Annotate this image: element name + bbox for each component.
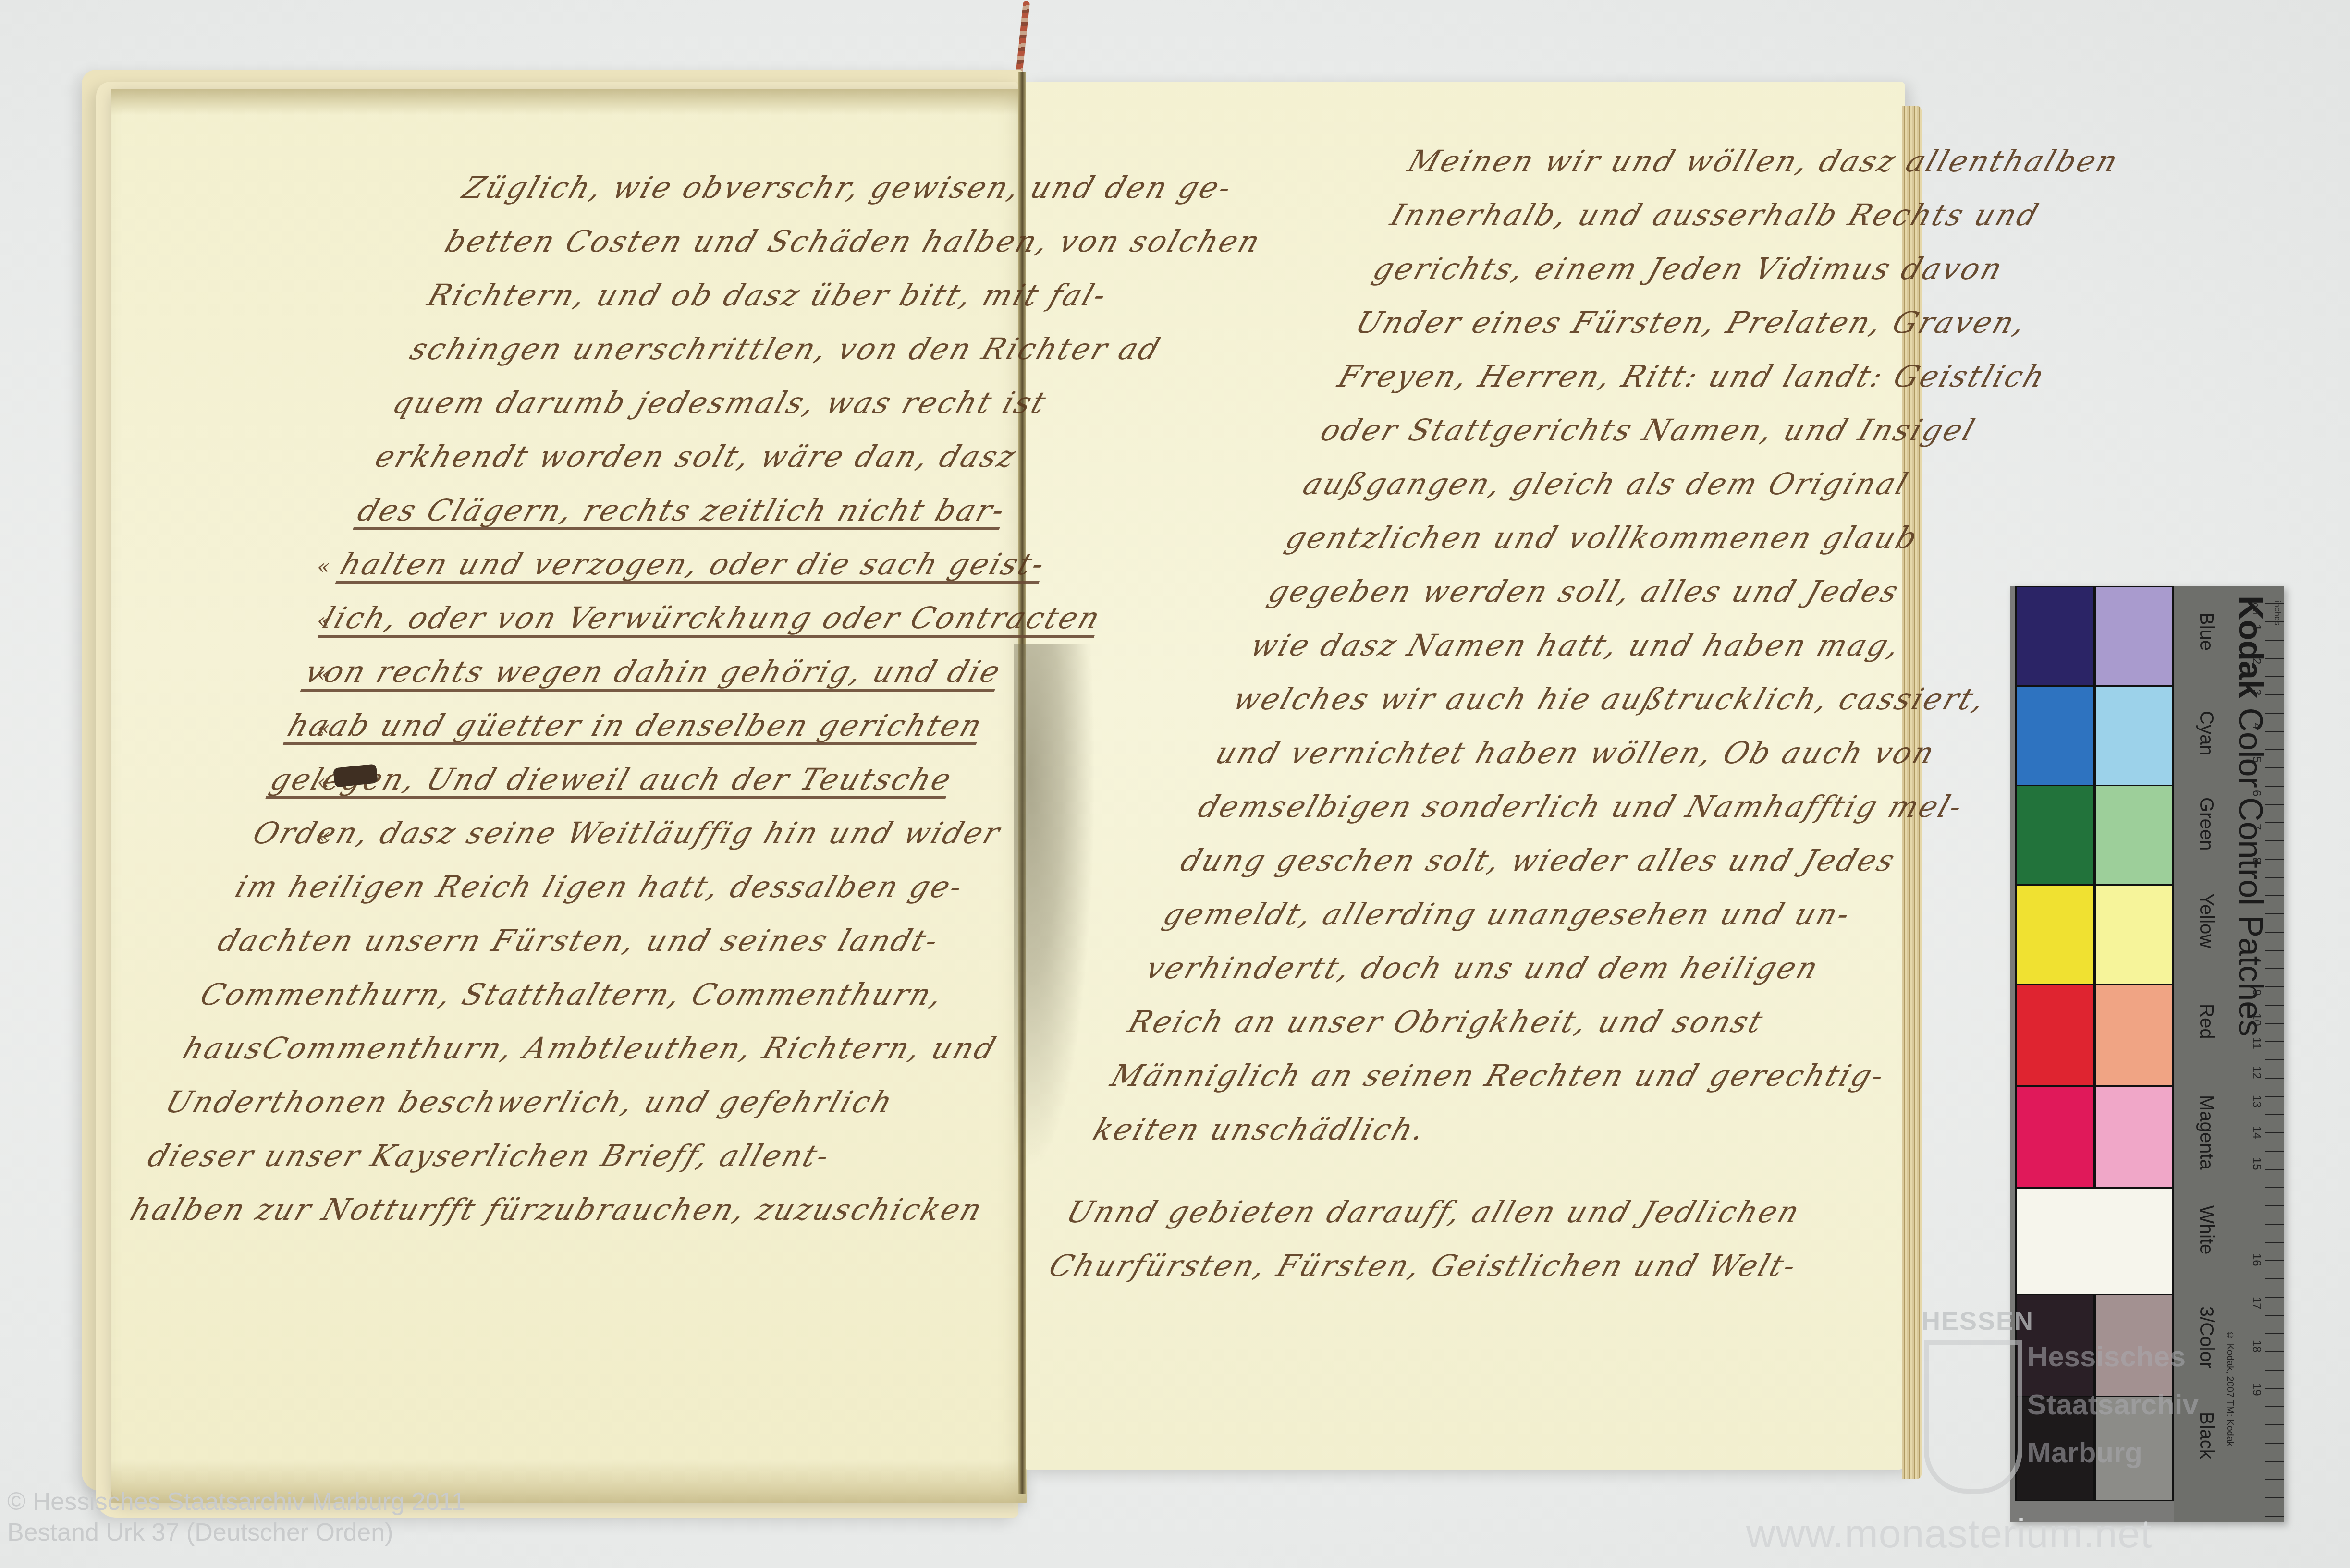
manuscript-line-underlined: halten und verzogen, oder die sach geist… (333, 537, 1201, 591)
manuscript-line: gerichts, einem Jeden Vidimus davon (1366, 242, 2156, 296)
quote-mark: « (317, 648, 330, 702)
patch-cyan-dark (2015, 685, 2094, 786)
quote-mark: « (317, 809, 330, 863)
cm-tick: 3 (2250, 689, 2263, 695)
quote-mark: « (317, 702, 330, 755)
manuscript-line: Freyen, Herren, Ritt: und landt: Geistli… (1331, 350, 2121, 403)
manuscript-line: dung geschen solt, wieder alles und Jede… (1173, 834, 1963, 887)
patch-blue-light (2094, 586, 2174, 687)
quote-mark: « (317, 594, 330, 648)
manuscript-line: Züglich, wie obverschr, gewisen, und den… (455, 161, 1323, 215)
manuscript-line: Richtern, und ob dasz über bitt, mit fal… (420, 268, 1288, 322)
patch-yellow-light (2094, 884, 2174, 985)
ruler-ticks (2265, 586, 2284, 1522)
inch-label: inches (2272, 600, 2282, 625)
chart-copyright: © Kodak, 2007 TM: Kodak (2224, 1330, 2235, 1446)
manuscript-line: Churfürsten, Fürsten, Geistlichen und We… (1041, 1239, 1832, 1293)
manuscript-line: wie dasz Namen hatt, und haben mag, (1243, 619, 2033, 672)
patch-label: 3/Color (2195, 1306, 2217, 1368)
manuscript-line: halben zur Notturfft fürzubrauchen, zuzu… (123, 1183, 991, 1237)
manuscript-line-underlined: gelegen, Und dieweil auch der Teutsche (263, 753, 1131, 806)
manuscript-line: gentzlichen und vollkommenen glaub (1278, 511, 2068, 565)
manuscript-line: im heiligen Reich ligen hatt, dessalben … (228, 860, 1096, 914)
manuscript-line: gegeben werden soll, alles und Jedes (1261, 565, 2051, 619)
manuscript-line-underlined: des Clägern, rechts zeitlich nicht bar- (350, 484, 1218, 537)
page-edge-stain (111, 89, 1027, 115)
manuscript-line: Unnd gebieten darauff, allen und Jedlich… (1059, 1185, 1849, 1239)
margin-quote-marks: « « « « « « (317, 540, 330, 863)
cm-tick: 1 (2250, 624, 2263, 631)
patch-red-dark (2015, 984, 2094, 1087)
patch-label: Cyan (2195, 711, 2217, 755)
patch-label: Blue (2195, 612, 2217, 651)
cm-tick: 10 (2250, 1013, 2263, 1026)
cm-label: cm (2251, 603, 2261, 614)
archive-name-line: Marburg (2027, 1429, 2162, 1477)
cm-tick: 7 (2250, 824, 2263, 830)
copyright-line: © Hessisches Staatsarchiv Marburg 2011 (7, 1486, 465, 1517)
archive-name-watermark: Hessisches Staatsarchiv Marburg (2027, 1333, 2162, 1477)
cm-tick: 17 (2250, 1297, 2263, 1310)
cm-tick: 8 (2250, 857, 2263, 863)
cm-tick: 5 (2250, 756, 2263, 763)
manuscript-line: quem darumb jedesmals, was recht ist (385, 376, 1253, 430)
manuscript-line: gemeldt, allerding unangesehen und un- (1156, 887, 1946, 941)
patch-label: Red (2195, 1004, 2217, 1039)
manuscript-line: außgangen, gleich als dem Original (1296, 457, 2086, 511)
hessen-logo-text: HESSEN (1922, 1306, 2034, 1336)
cm-tick: 19 (2250, 1383, 2263, 1396)
cm-tick: 12 (2250, 1066, 2263, 1079)
manuscript-line: Meinen wir und wöllen, dasz allenthalben (1400, 134, 2191, 188)
collection-line: Bestand Urk 37 (Deutscher Orden) (7, 1517, 465, 1548)
patch-red-light (2094, 984, 2174, 1087)
cm-tick: 18 (2250, 1340, 2263, 1353)
monasterium-url-watermark: www.monasterium.net (1746, 1510, 2152, 1557)
manuscript-line-underlined: von rechts wegen dahin gehörig, und die (298, 645, 1166, 699)
patch-label: Yellow (2195, 893, 2217, 948)
hessen-coat-of-arms-icon (1924, 1340, 2022, 1494)
archive-copyright-watermark: © Hessisches Staatsarchiv Marburg 2011 B… (7, 1486, 465, 1548)
manuscript-line: Orden, dasz seine Weitläuffig hin und wi… (245, 806, 1114, 860)
cm-tick: 15 (2250, 1157, 2263, 1170)
manuscript-line: Underthonen beschwerlich, und gefehrlich (158, 1075, 1026, 1129)
patch-magenta-dark (2015, 1085, 2094, 1189)
quote-mark: « (317, 540, 330, 594)
manuscript-line: Reich an unser Obrigkheit, und sonst (1121, 995, 1911, 1049)
manuscript-line: dachten unsern Fürsten, und seines landt… (210, 914, 1078, 968)
patch-labels: Blue Cyan Green Yellow Red Magenta White… (2195, 586, 2224, 1522)
cm-tick: 4 (2250, 723, 2263, 729)
cm-tick: 6 (2250, 790, 2263, 796)
cm-tick: 11 (2250, 1037, 2263, 1049)
cm-tick: 2 (2250, 658, 2263, 664)
manuscript-line: Innerhalb, und ausserhalb Rechts und (1383, 188, 2173, 242)
cm-tick: 16 (2250, 1253, 2263, 1266)
manuscript-line: dieser unser Kayserlichen Brieff, allent… (140, 1129, 1008, 1183)
patch-label: White (2195, 1205, 2217, 1254)
manuscript-line: Commenthurn, Statthaltern, Commenthurn, (193, 968, 1061, 1021)
patch-yellow-dark (2015, 884, 2094, 985)
archive-name-line: Hessisches (2027, 1333, 2162, 1381)
patch-magenta-light (2094, 1085, 2174, 1189)
patch-label: Green (2195, 797, 2217, 851)
cm-tick: 14 (2250, 1126, 2263, 1139)
manuscript-line: Männiglich an seinen Rechten und gerecht… (1103, 1049, 1894, 1103)
quote-mark: « (317, 755, 330, 809)
manuscript-line: demselbigen sonderlich und Namhafftig me… (1191, 780, 1981, 834)
chart-label-ruler: Blue Cyan Green Yellow Red Magenta White… (2174, 586, 2284, 1522)
manuscript-line-underlined: lich, oder von Verwürckhung oder Contrac… (315, 591, 1183, 645)
patch-green-light (2094, 785, 2174, 886)
patch-green-dark (2015, 785, 2094, 886)
archive-name-line: Staatsarchiv (2027, 1381, 2162, 1429)
patch-white (2015, 1187, 2174, 1295)
patch-label: Magenta (2195, 1095, 2217, 1170)
manuscript-line: und vernichtet haben wöllen, Ob auch von (1208, 726, 1998, 780)
manuscript-line: welches wir auch hie außtrucklich, cassi… (1226, 672, 2016, 726)
manuscript-line: betten Costen und Schäden halben, von so… (438, 215, 1306, 268)
cm-tick: 9 (2250, 989, 2263, 996)
manuscript-line: Under eines Fürsten, Prelaten, Graven, (1348, 296, 2138, 350)
patch-cyan-light (2094, 685, 2174, 786)
cm-tick: 13 (2250, 1095, 2263, 1108)
paragraph-gap (1077, 1156, 1859, 1185)
patch-blue-dark (2015, 586, 2094, 687)
manuscript-line: oder Stattgerichts Namen, und Insigel (1313, 403, 2104, 457)
manuscript-line: schingen unerschrittlen, von den Richter… (403, 322, 1271, 376)
manuscript-line: keiten unschädlich. (1086, 1103, 1876, 1156)
manuscript-line: verhindertt, doch uns und dem heiligen (1138, 941, 1929, 995)
manuscript-line-underlined: haab und güetter in denselben gerichten (281, 699, 1149, 753)
manuscript-line: hausCommenthurn, Ambtleuthen, Richtern, … (175, 1021, 1043, 1075)
manuscript-line: erkhendt worden solt, wäre dan, dasz (368, 430, 1236, 484)
